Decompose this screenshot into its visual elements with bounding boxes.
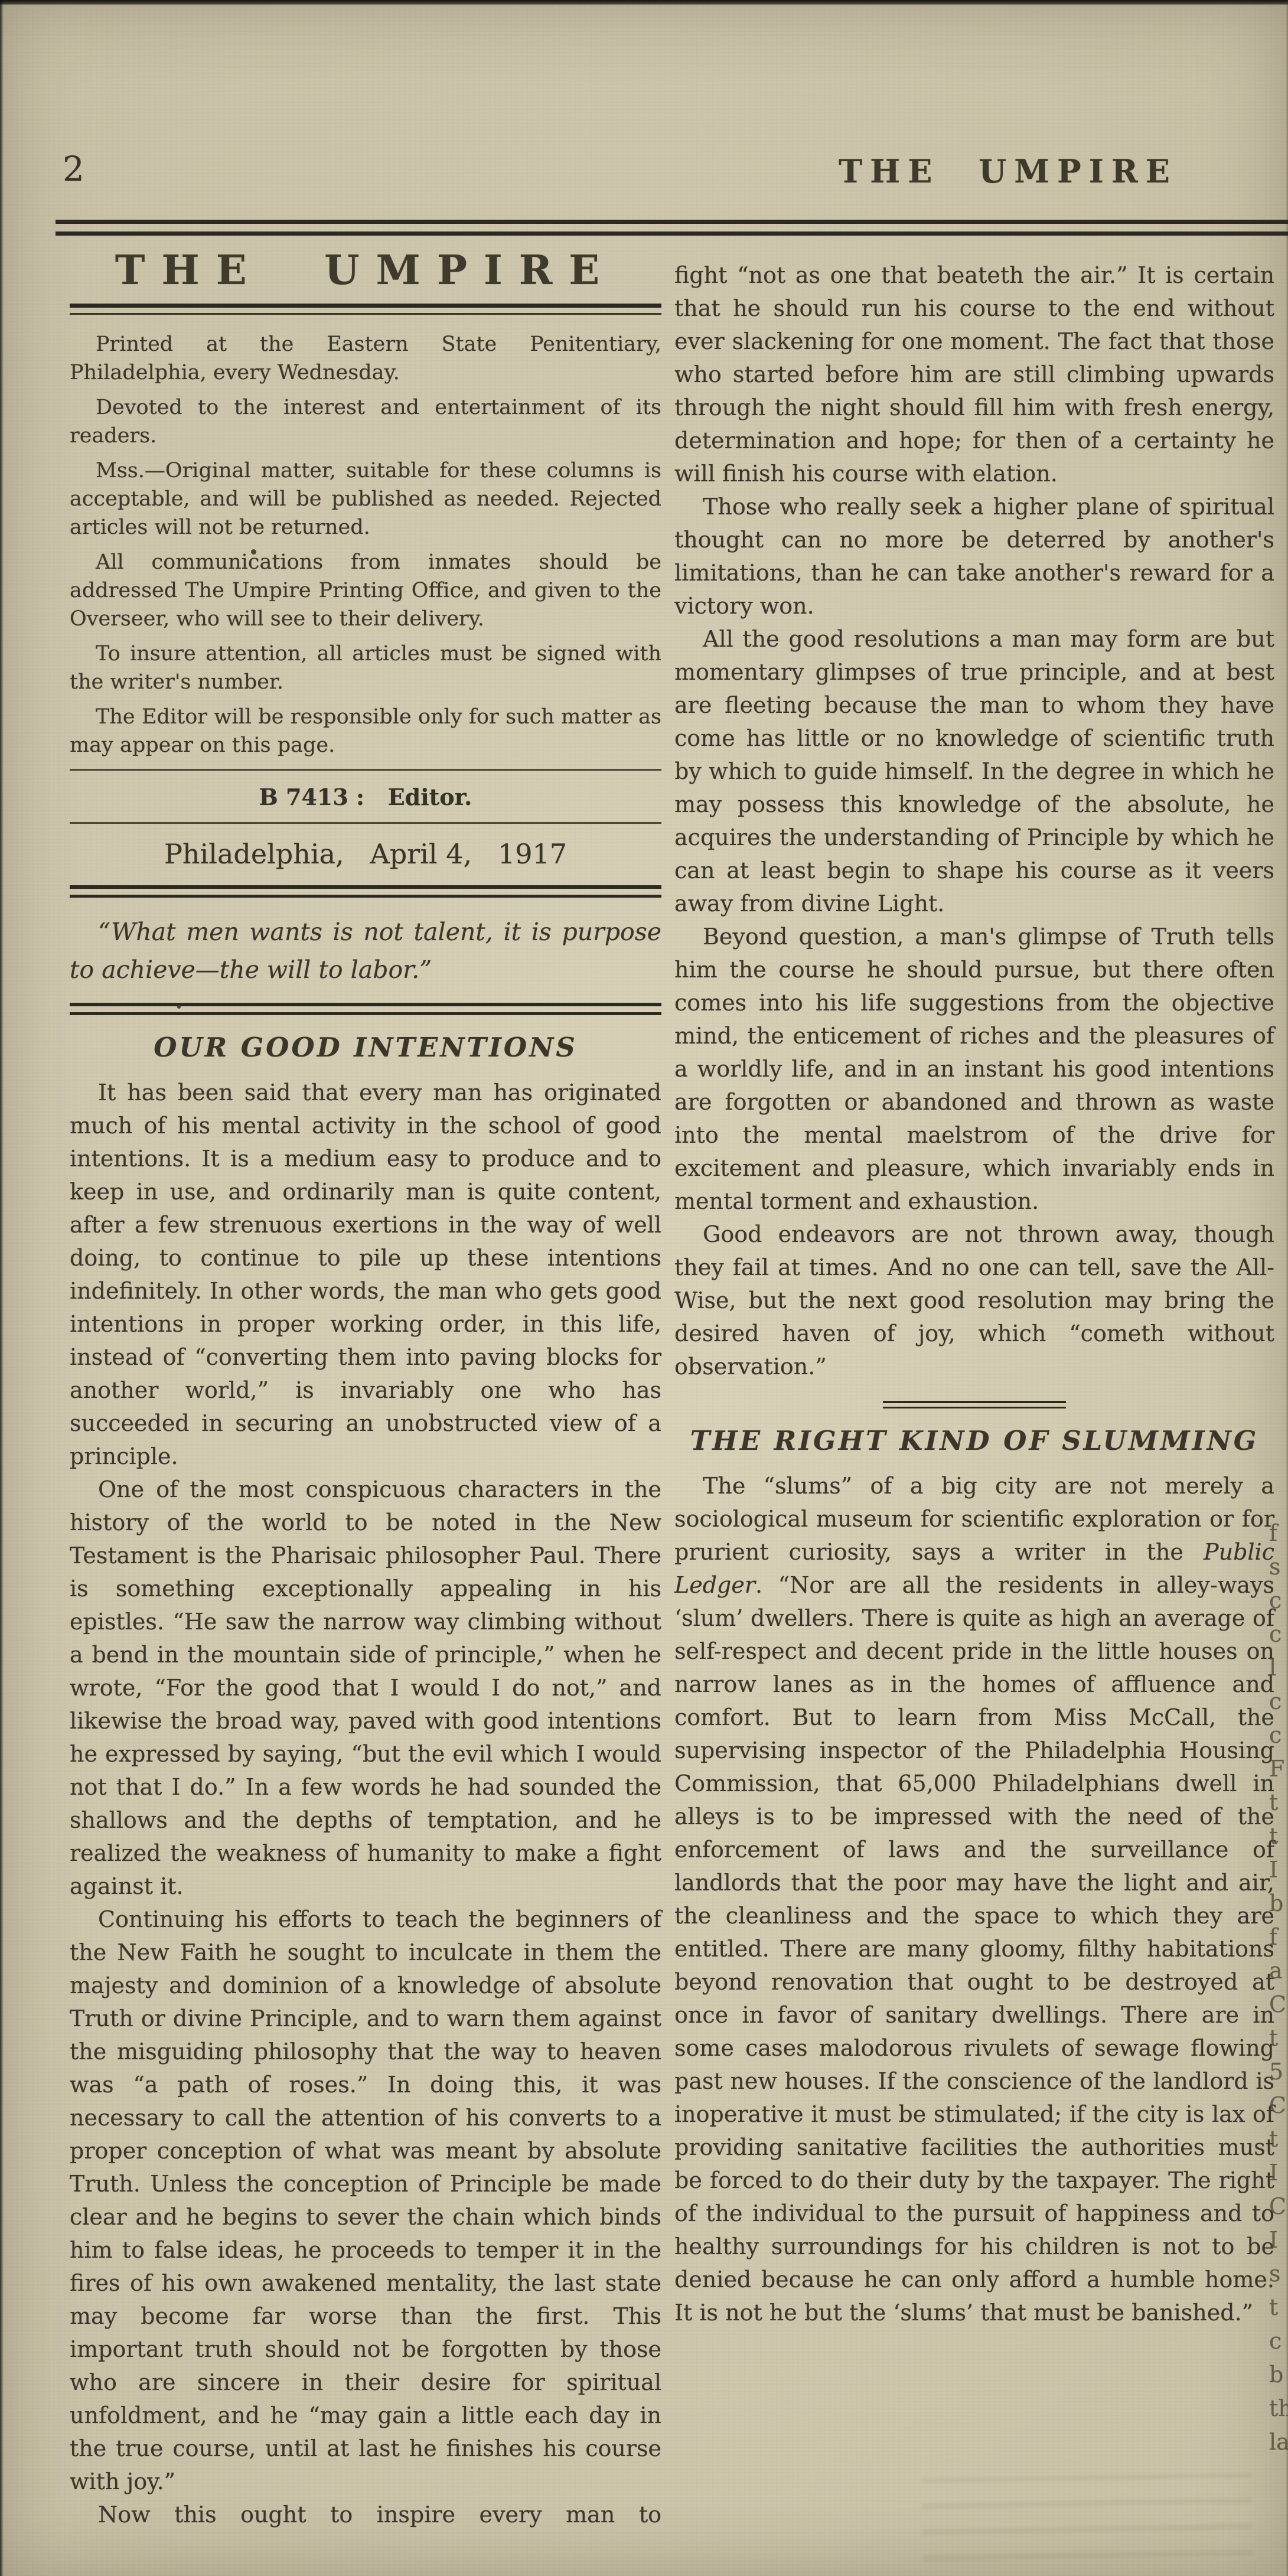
ink-bleed-through (921, 2473, 1253, 2561)
right-column: fight “not as one that beateth the air.”… (674, 259, 1274, 2329)
newspaper-page-scan: 2 THE UMPIRE THE UMPIRE Printed at the E… (0, 0, 1288, 2576)
article-paragraph: Beyond question, a man's glimpse of Trut… (674, 920, 1274, 1218)
article-paragraph: One of the most conspicuous characters i… (70, 1473, 661, 1903)
masthead-notice: Mss.—Original matter, suitable for these… (70, 456, 661, 542)
ink-speck (177, 1005, 181, 1009)
divider-double-rule (70, 1003, 661, 1015)
masthead-notice: To insure attention, all articles must b… (70, 640, 661, 696)
masthead-notice: Devoted to the interest and entertainmen… (70, 393, 661, 450)
article-paragraph: Those who really seek a higher plane of … (674, 490, 1274, 622)
scan-top-edge (0, 0, 1288, 5)
masthead-title: THE UMPIRE (70, 247, 661, 294)
cropped-third-column-fragments: f s c c l c c F t t I b f a C t 5 C t I … (1269, 1517, 1288, 2556)
left-column: THE UMPIRE Printed at the Eastern State … (70, 247, 661, 2531)
article-heading-slumming: THE RIGHT KIND OF SLUMMING (674, 1425, 1274, 1456)
divider-rule (70, 769, 661, 771)
section-divider-rule (883, 1401, 1066, 1408)
scan-left-edge (0, 0, 4, 2576)
motto-quote: “What men wants is not talent, it is pur… (70, 913, 661, 989)
page-number: 2 (63, 149, 84, 189)
ink-speck (251, 549, 256, 555)
article-paragraph: It has been said that every man has orig… (70, 1076, 661, 1473)
masthead-notice: The Editor will be responsible only for … (70, 703, 661, 759)
masthead-notice: Printed at the Eastern State Penitentiar… (70, 330, 661, 387)
header-rule-bottom (56, 231, 1288, 236)
article-paragraph: fight “not as one that beateth the air.”… (674, 259, 1274, 490)
divider-double-rule (70, 885, 661, 898)
article-paragraph: Continuing his efforts to teach the begi… (70, 1903, 661, 2498)
masthead-rule (70, 304, 661, 315)
article-paragraph: The “slums” of a big city are not merely… (674, 1469, 1274, 2329)
slumming-text-after: . “Nor are all the residents in alley-wa… (674, 1572, 1274, 2326)
masthead-notices: Printed at the Eastern State Penitentiar… (70, 330, 661, 759)
editor-line: B 7413 : Editor. (70, 784, 661, 810)
header-rule-top (56, 220, 1288, 224)
article-paragraph: Good endeavors are not thrown away, thou… (674, 1218, 1274, 1383)
running-title: THE UMPIRE (839, 152, 1175, 190)
article-paragraph: All the good resolutions a man may form … (674, 622, 1274, 920)
masthead-notice: All communications from inmates should b… (70, 548, 661, 633)
divider-rule (70, 822, 661, 824)
article-heading-good-intentions: OUR GOOD INTENTIONS (70, 1032, 661, 1063)
dateline: Philadelphia, April 4, 1917 (70, 838, 661, 870)
slumming-text-before: The “slums” of a big city are not merely… (674, 1473, 1274, 1565)
article-paragraph-continues: Now this ought to inspire every man to (70, 2498, 661, 2531)
